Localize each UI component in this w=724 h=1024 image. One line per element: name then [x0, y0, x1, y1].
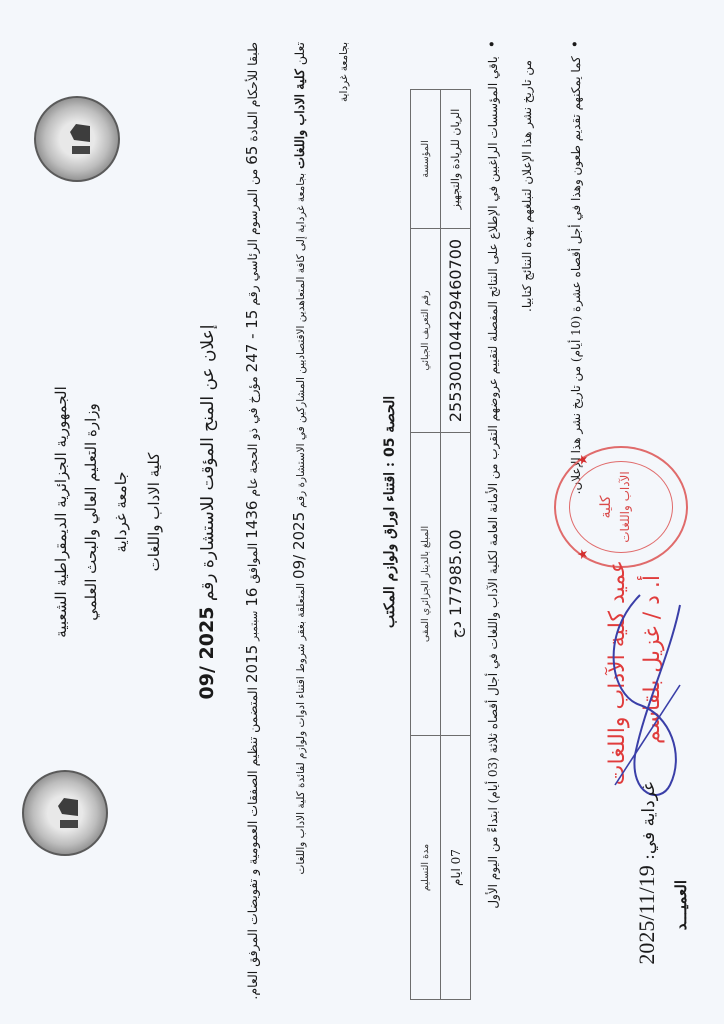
- lot-number: 05: [382, 438, 398, 457]
- dean-label: العميـــد: [672, 880, 690, 930]
- table-header-row: المؤسسة رقم التعريف الجبائي المبلغ بالدي…: [411, 90, 441, 1000]
- date-value: 2025/11/19: [634, 865, 659, 964]
- month: سبتمبر: [248, 611, 260, 641]
- cell-company: الريان للريادة والتجهيز: [441, 90, 471, 229]
- faculty-bold: كلية الاداب واللغات: [292, 69, 307, 169]
- university-name: جامعة غرداية: [112, 312, 130, 712]
- lot-heading: الحصة 05 : اقتناء اوراق ولوازم المكتب: [382, 240, 398, 784]
- emblem-icon: [54, 794, 84, 832]
- star-icon: ★: [576, 454, 591, 466]
- text: المتعلقة بغقر شروط اقتناء ادوات ولوازم ل…: [295, 583, 307, 875]
- announcement-title: إعلان عن المنح المؤقت للاستشارة رقم 09/ …: [196, 240, 218, 784]
- note-1-line-1: باقي المؤسسات الراغبين في الإطلاع على ال…: [486, 56, 500, 908]
- title-number: 09/ 2025: [196, 607, 218, 700]
- country-name: الجمهورية الجزائرية الديمقراطية الشعبية: [52, 312, 70, 712]
- note-1: •باقي المؤسسات الراغبين في الإطلاع على ا…: [485, 40, 501, 909]
- header-tax-id: رقم التعريف الجبائي: [411, 229, 441, 433]
- text: الموافق: [245, 543, 260, 584]
- header-delivery: مدة التسليم: [411, 736, 441, 1000]
- bullet-icon: •: [485, 40, 501, 48]
- header-company: المؤسسة: [411, 90, 441, 229]
- stamp-center-line-2: الآداب واللغات: [618, 448, 632, 566]
- university-line: بجامعة غرداية: [338, 42, 350, 102]
- university-logo-right: [34, 96, 120, 182]
- text: بجامعة غرداية إلى كافة المتعاهدين الاقتص…: [295, 173, 307, 508]
- ministry-name: وزارة التعليم العالي والبحث العلمي: [82, 312, 100, 712]
- place-label: غرداية في:: [639, 782, 659, 860]
- official-stamp: كلية الآداب واللغات ★ ★: [554, 446, 688, 568]
- emblem-icon: [66, 120, 96, 158]
- day: 16: [243, 588, 261, 607]
- article-number: 65: [243, 146, 261, 165]
- faculty-name: كلية الاداب واللغات: [145, 312, 163, 712]
- text: المتضمن تنظيم الصفقات العمومية و تفويضات…: [245, 687, 260, 1000]
- title-text: إعلان عن المنح المؤقت للاستشارة رقم: [198, 325, 218, 602]
- amount-value: 177985.00 دج: [446, 529, 465, 638]
- signature-scribble-icon: [600, 585, 690, 815]
- header-amount: المبلغ بالدينار الجزائري المقى: [411, 433, 441, 736]
- text: مؤرخ في ذو الحجة عام: [245, 376, 260, 496]
- bullet-icon: •: [568, 40, 584, 48]
- lot-label: الحصة: [382, 396, 398, 433]
- award-table: المؤسسة رقم التعريف الجبائي المبلغ بالدي…: [410, 89, 471, 1000]
- note-2-line-1: كما يمكنهم تقديم طعون وهذا في أجل أقصاه …: [569, 56, 583, 494]
- lot-description: : اقتناء اوراق ولوازم المكتب: [382, 462, 398, 628]
- document-page: الجمهورية الجزائرية الديمقراطية الشعبية …: [0, 0, 724, 1024]
- note-1-continuation: من تاريخ نشر هذا الإعلان لتبلغهم بهذه ال…: [520, 60, 534, 312]
- table-row: الريان للريادة والتجهيز 2553001044294607…: [441, 90, 471, 1000]
- note-1-line-2: من تاريخ نشر هذا الإعلان لتبلغهم بهذه ال…: [520, 60, 534, 312]
- cell-tax-id: 255300104429460700: [441, 229, 471, 433]
- decree-number: 247 - 15: [243, 310, 261, 373]
- stamp-center-line-1: كلية: [598, 448, 614, 566]
- consultation-number: 09/ 2025: [290, 512, 308, 579]
- legal-basis-line: طبقا للأحكام المادة 65 من المرسوم الرئاس…: [243, 42, 261, 1000]
- cell-amount: 177985.00 دج: [441, 433, 471, 736]
- text: طبقا للأحكام المادة: [245, 42, 260, 142]
- place-date: غرداية في: 2025/11/19: [634, 782, 660, 965]
- university-logo-left: [22, 770, 108, 856]
- text: من المرسوم الرئاسي رقم: [245, 169, 260, 306]
- cell-delivery: 07 ايام: [441, 736, 471, 1000]
- year: 2015: [243, 645, 261, 683]
- text: تعلن: [292, 42, 307, 65]
- note-2: •كما يمكنهم تقديم طعون وهذا في أجل أقصاه…: [568, 40, 584, 494]
- tax-id-value: 255300104429460700: [446, 239, 465, 422]
- hijri-year: 1436: [243, 501, 261, 539]
- announcement-line: تعلن كلية الاداب واللغات بجامعة غرداية إ…: [290, 42, 308, 874]
- star-icon: ★: [576, 548, 591, 560]
